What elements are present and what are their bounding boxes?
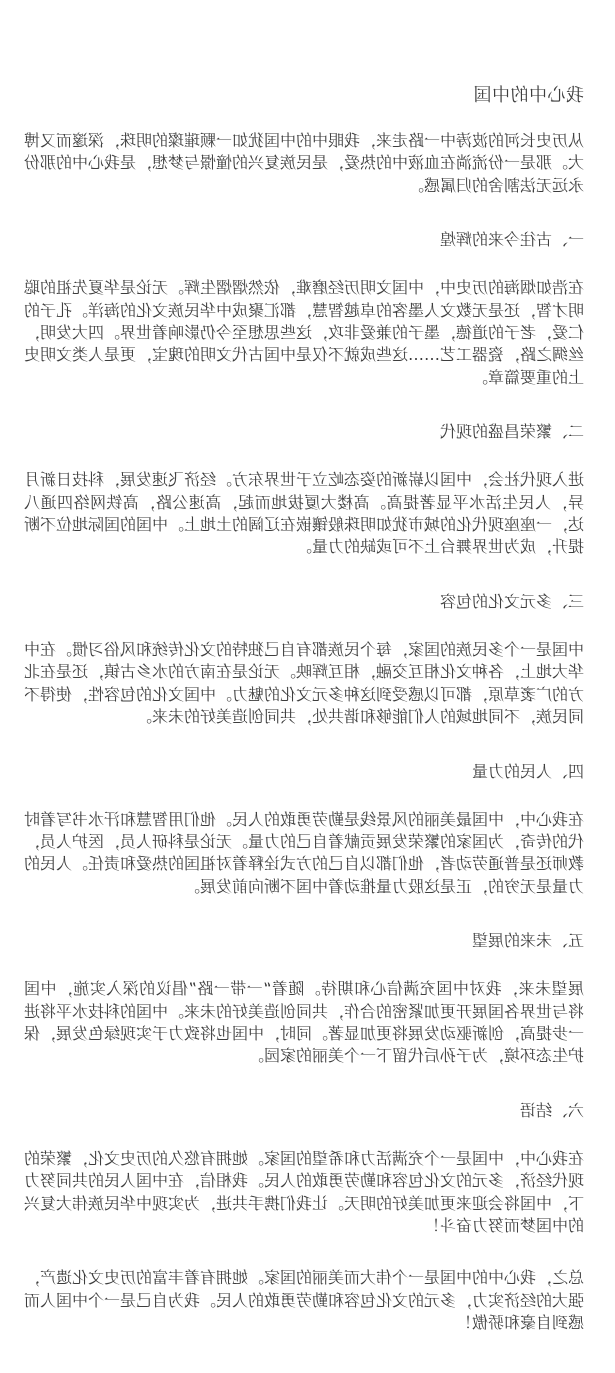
section-paragraph: 中国是一个多民族的国家，每个民族都有自己独特的文化传统和风俗习惯。在中华大地上，… (24, 639, 584, 729)
section-heading: 五、未来的展望 (24, 932, 584, 950)
sections-container: 一、古往今来的辉煌在浩如烟海的历史中，中国文明历经磨难，依然熠熠生辉。无论是华夏… (24, 231, 584, 1237)
section-heading: 六、结语 (24, 1102, 584, 1120)
section-heading: 四、人民的力量 (24, 763, 584, 781)
section-paragraph: 在我心中，中国最美丽的风景线是勤劳勇敢的人民。他们用智慧和汗水书写着时代的传奇，… (24, 809, 584, 899)
section-paragraph: 在我心中，中国是一个充满活力和希望的国家。她拥有悠久的历史文化，繁荣的现代经济，… (24, 1148, 584, 1238)
intro-paragraph: 从历史长河的波涛中一路走来，我眼中的中国犹如一颗璀璨的明珠，深邃而又博大。那是一… (24, 130, 584, 197)
section-paragraph: 进入现代社会，中国以崭新的姿态屹立于世界东方。经济飞速发展，科技日新月异，人民生… (24, 469, 584, 559)
section-heading: 三、多元文化的包容 (24, 593, 584, 611)
document-title: 我心中的中国 (24, 86, 584, 105)
section-heading: 二、繁荣昌盛的现代 (24, 423, 584, 441)
section-heading: 一、古往今来的辉煌 (24, 231, 584, 249)
closing-paragraph: 总之，我心中的中国是一个伟大而美丽的国家。她拥有着丰富的历史文化遗产，强大的经济… (24, 1267, 584, 1334)
section-paragraph: 展望未来，我对中国充满信心和期待。随着“一带一路”倡议的深入实施，中国将与世界各… (24, 978, 584, 1068)
section-paragraph: 在浩如烟海的历史中，中国文明历经磨难，依然熠熠生辉。无论是华夏先祖的聪明才智，还… (24, 277, 584, 389)
document-page: 我心中的中国 从历史长河的波涛中一路走来，我眼中的中国犹如一颗璀璨的明珠，深邃而… (0, 0, 615, 1373)
